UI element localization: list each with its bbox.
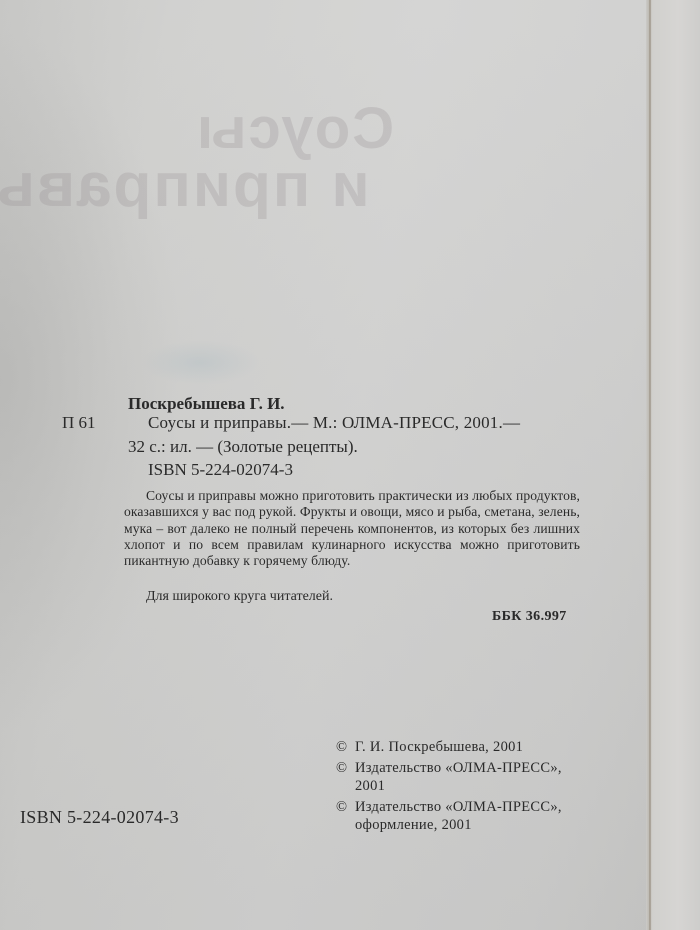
copyright-text: Г. И. Поскребышева, 2001 [355,738,523,756]
copyright-symbol: © [336,738,355,756]
isbn-bottom: ISBN 5-224-02074-3 [20,807,179,828]
copyright-block: © Г. И. Поскребышева, 2001 © Издательств… [336,738,562,837]
showthrough-title-line-2: и приправы [0,150,370,221]
next-page-edge [646,0,700,930]
bbk-code: ББК 36.997 [492,609,567,625]
catalog-isbn: ISBN 5-224-02074-3 [148,460,293,480]
book-abstract: Соусы и приправы можно приготовить практ… [124,488,580,569]
paper-stain [140,340,260,385]
copyright-text: Издательство «ОЛМА-ПРЕСС», 2001 [355,759,562,795]
copyright-item: © Издательство «ОЛМА-ПРЕСС», оформление,… [336,798,562,834]
copyright-item: © Г. И. Поскребышева, 2001 [336,738,562,756]
audience-note: Для широкого круга читателей. [146,589,333,605]
catalog-code: П 61 [62,413,96,433]
catalog-title-line: Соусы и приправы.— М.: ОЛМА-ПРЕСС, 2001.… [148,413,520,433]
catalog-pages-line: 32 с.: ил. — (Золотые рецепты). [128,437,358,457]
copyright-symbol: © [336,759,355,795]
copyright-symbol: © [336,798,355,834]
catalog-author: Поскребышева Г. И. [128,394,285,414]
copyright-text: Издательство «ОЛМА-ПРЕСС», оформление, 2… [355,798,562,834]
copyright-item: © Издательство «ОЛМА-ПРЕСС», 2001 [336,759,562,795]
